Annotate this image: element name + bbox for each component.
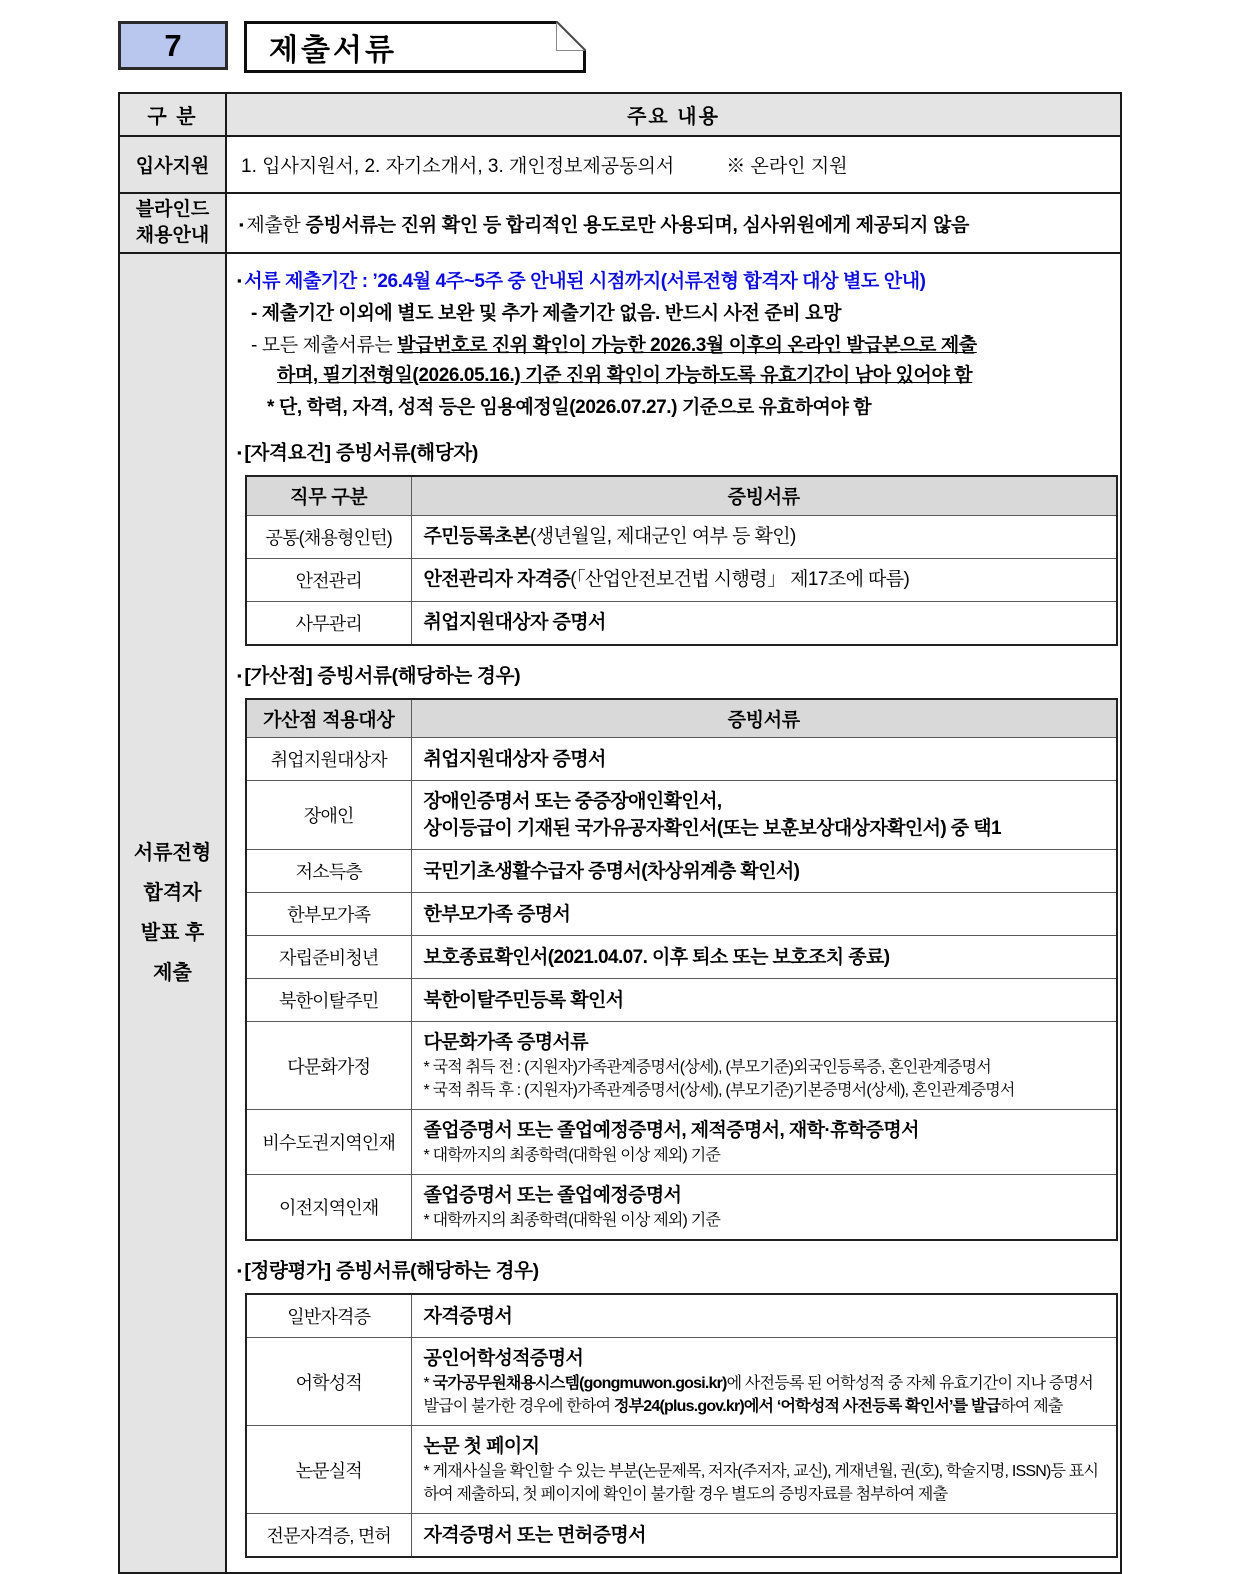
quant-title-text: [정량평가] 증빙서류(해당하는 경우) [244, 1260, 539, 1282]
section-number: 7 [164, 28, 181, 64]
doc-note-text: * 국적 취득 후 : (지원자)가족관계증명서(상세), (부모기준)기본증명… [424, 1079, 1111, 1102]
row-category: 일반자격증 [246, 1294, 411, 1338]
doc-main-text: 한부모가족 증명서 [424, 901, 1111, 928]
page-title-box: 제출서류 [244, 21, 586, 73]
section-number-badge: 7 [118, 21, 228, 70]
table-row: 자립준비청년 보호종료확인서(2021.04.07. 이후 퇴소 또는 보호조치… [246, 936, 1117, 979]
row-category: 안전관리 [246, 558, 411, 601]
doc-main-text: 취업지원대상자 증명서 [424, 746, 1111, 773]
row-doc: 국민기초생활수급자 증명서(차상위계층 확인서) [411, 850, 1117, 893]
doc-main-text: 졸업증명서 또는 졸업예정증명서 [424, 1182, 1111, 1209]
doc-main-text: 취업지원대상자 증명서 [424, 612, 606, 633]
row-doc: 안전관리자 자격증(「산업안전보건법 시행령」 제17조에 따름) [411, 558, 1117, 601]
row-category: 이전지역인재 [246, 1175, 411, 1241]
bonus-header-doc: 증빙서류 [411, 699, 1117, 738]
qual-title-text: [자격요건] 증빙서류(해당자) [244, 442, 478, 464]
table-row: 한부모가족 한부모가족 증명서 [246, 893, 1117, 936]
notice-block: ▪서류 제출기간 : ’26.4월 4주~5주 중 안내된 시점까지(서류전형 … [237, 266, 1106, 423]
row-category: 사무관리 [246, 601, 411, 645]
quant-table: 일반자격증 자격증명서 어학성적 공인어학성적증명서 * 국가공무원채용시스템(… [245, 1293, 1118, 1558]
notice-sub1: - 제출기간 이외에 별도 보완 및 추가 제출기간 없음. 반드시 사전 준비… [237, 299, 1106, 329]
doc-main-text: 주민등록초본 [424, 526, 531, 547]
doc-main-text: 자격증명서 [424, 1303, 1111, 1330]
row-doc: 논문 첫 페이지 * 게재사실을 확인할 수 있는 부분(논문제목, 저자(주저… [411, 1426, 1117, 1514]
table-row: 취업지원대상자 취업지원대상자 증명서 [246, 738, 1117, 781]
table-row: 논문실적 논문 첫 페이지 * 게재사실을 확인할 수 있는 부분(논문제목, … [246, 1426, 1117, 1514]
doc-rest-text: (「산업안전보건법 시행령」 제17조에 따름) [570, 569, 909, 590]
notice-sub2-prefix: - 모든 제출서류는 [251, 335, 397, 356]
doc-main-text: 졸업증명서 또는 졸업예정증명서, 제적증명서, 재학·휴학증명서 [424, 1117, 1111, 1144]
table-row: 장애인 장애인증명서 또는 중증장애인확인서, 상이등급이 기재된 국가유공자확… [246, 781, 1117, 850]
row-category: 저소득층 [246, 850, 411, 893]
blind-label-line1: 블라인드 [136, 199, 209, 220]
apply-doc-list: 1. 입사지원서, 2. 자기소개서, 3. 개인정보제공동의서 [241, 156, 674, 177]
header-category: 구 분 [119, 93, 226, 136]
blind-text-bold: 증빙서류는 진위 확인 등 합리적인 용도로만 사용되며, 심사위원에게 제공되… [305, 215, 969, 236]
bonus-table: 가산점 적용대상 증빙서류 취업지원대상자 취업지원대상자 증명서 장애인 장애… [245, 698, 1118, 1242]
doc-main-text: 장애인증명서 또는 중증장애인확인서, [424, 788, 1111, 815]
table-row: 북한이탈주민 북한이탈주민등록 확인서 [246, 979, 1117, 1022]
row-doc: 주민등록초본(생년월일, 제대군인 여부 등 확인) [411, 515, 1117, 558]
docs-label-line1: 서류전형 [134, 842, 211, 864]
bonus-header-cat: 가산점 적용대상 [246, 699, 411, 738]
notice-sub3: * 단, 학력, 자격, 성적 등은 임용예정일(2026.07.27.) 기준… [237, 393, 1106, 423]
row-category: 비수도권지역인재 [246, 1110, 411, 1175]
table-row: 사무관리 취업지원대상자 증명서 [246, 601, 1117, 645]
doc-rest-text: (생년월일, 제대군인 여부 등 확인) [530, 526, 796, 547]
row-category: 전문자격증, 면허 [246, 1514, 411, 1558]
notice-period: ▪서류 제출기간 : ’26.4월 4주~5주 중 안내된 시점까지(서류전형 … [237, 266, 1106, 297]
docs-label: 서류전형 합격자 발표 후 제출 [119, 253, 226, 1573]
table-row: 비수도권지역인재 졸업증명서 또는 졸업예정증명서, 제적증명서, 재학·휴학증… [246, 1110, 1117, 1175]
notice-period-text: 서류 제출기간 : ’26.4월 4주~5주 중 안내된 시점까지(서류전형 합… [244, 271, 925, 292]
notice-sub2: - 모든 제출서류는 발급번호로 진위 확인이 가능한 2026.3월 이후의 … [237, 331, 1106, 391]
table-row: 어학성적 공인어학성적증명서 * 국가공무원채용시스템(gongmuwon.go… [246, 1338, 1117, 1426]
row-doc: 다문화가족 증명서류 * 국적 취득 전 : (지원자)가족관계증명서(상세),… [411, 1022, 1117, 1110]
header-content: 주요 내용 [226, 93, 1121, 136]
doc-main-text: 공인어학성적증명서 [424, 1345, 1111, 1372]
row-doc: 한부모가족 증명서 [411, 893, 1117, 936]
row-doc: 공인어학성적증명서 * 국가공무원채용시스템(gongmuwon.gosi.kr… [411, 1338, 1117, 1426]
blind-label: 블라인드 채용안내 [119, 193, 226, 253]
doc-main-text: 다문화가족 증명서류 [424, 1029, 1111, 1056]
docs-label-line4: 제출 [153, 962, 192, 984]
docs-content-cell: ▪서류 제출기간 : ’26.4월 4주~5주 중 안내된 시점까지(서류전형 … [226, 253, 1121, 1573]
docs-row: 서류전형 합격자 발표 후 제출 ▪서류 제출기간 : ’26.4월 4주~5주… [119, 253, 1121, 1573]
doc-note-rich: * 국가공무원채용시스템(gongmuwon.gosi.kr)에 사전등록 된 … [424, 1372, 1111, 1418]
table-row: 다문화가정 다문화가족 증명서류 * 국적 취득 전 : (지원자)가족관계증명… [246, 1022, 1117, 1110]
page-header: 7 제출서류 [118, 21, 586, 73]
note-text-tail: 하여 제출 [1000, 1398, 1062, 1415]
doc-main-text: 안전관리자 자격증 [424, 569, 571, 590]
apply-label: 입사지원 [119, 136, 226, 193]
page-title: 제출서류 [269, 25, 397, 69]
doc-main-text2: 상이등급이 기재된 국가유공자확인서(또는 보훈보상대상자확인서) 중 택1 [424, 815, 1111, 842]
blind-row: 블라인드 채용안내 ▪제출한 증빙서류는 진위 확인 등 합리적인 용도로만 사… [119, 193, 1121, 253]
row-doc: 북한이탈주민등록 확인서 [411, 979, 1117, 1022]
row-doc: 취업지원대상자 증명서 [411, 738, 1117, 781]
note-star: * [424, 1375, 433, 1392]
row-doc: 취업지원대상자 증명서 [411, 601, 1117, 645]
notice-sub2-underline1: 발급번호로 진위 확인이 가능한 2026.3월 이후의 온라인 발급본으로 제… [397, 335, 977, 356]
docs-label-line3: 발표 후 [141, 922, 205, 944]
row-doc: 보호종료확인서(2021.04.07. 이후 퇴소 또는 보호조치 종료) [411, 936, 1117, 979]
row-category: 어학성적 [246, 1338, 411, 1426]
table-row: 일반자격증 자격증명서 [246, 1294, 1117, 1338]
row-category: 자립준비청년 [246, 936, 411, 979]
row-doc: 졸업증명서 또는 졸업예정증명서, 제적증명서, 재학·휴학증명서 * 대학까지… [411, 1110, 1117, 1175]
note-bold-system: 국가공무원채용시스템(gongmuwon.gosi.kr) [433, 1375, 727, 1392]
document-page: { "page": { "number": "7", "title": "제출서… [0, 0, 1240, 1574]
main-table-header-row: 구 분 주요 내용 [119, 93, 1121, 136]
blind-text-prefix: 제출한 [246, 215, 305, 236]
row-category: 한부모가족 [246, 893, 411, 936]
notice-sub2-underline2: 하며, 필기전형일(2026.05.16.) 기준 진위 확인이 가능하도록 유… [277, 361, 972, 391]
qual-header-cat: 직무 구분 [246, 476, 411, 515]
doc-main-text: 논문 첫 페이지 [424, 1433, 1111, 1460]
table-row: 안전관리 안전관리자 자격증(「산업안전보건법 시행령」 제17조에 따름) [246, 558, 1117, 601]
row-category: 논문실적 [246, 1426, 411, 1514]
apply-content-cell: 1. 입사지원서, 2. 자기소개서, 3. 개인정보제공동의서※ 온라인 지원 [226, 136, 1121, 193]
doc-note-text: * 대학까지의 최종학력(대학원 이상 제외) 기준 [424, 1209, 1111, 1232]
doc-note-text: * 대학까지의 최종학력(대학원 이상 제외) 기준 [424, 1144, 1111, 1167]
folded-corner-icon [556, 21, 586, 51]
bonus-header-row: 가산점 적용대상 증빙서류 [246, 699, 1117, 738]
qual-header-doc: 증빙서류 [411, 476, 1117, 515]
row-doc: 졸업증명서 또는 졸업예정증명서 * 대학까지의 최종학력(대학원 이상 제외)… [411, 1175, 1117, 1241]
row-category: 공통(채용형인턴) [246, 515, 411, 558]
doc-main-text: 자격증명서 또는 면허증명서 [424, 1522, 1111, 1549]
table-row: 이전지역인재 졸업증명서 또는 졸업예정증명서 * 대학까지의 최종학력(대학원… [246, 1175, 1117, 1241]
blind-label-line2: 채용안내 [136, 225, 209, 246]
apply-online-note: ※ 온라인 지원 [726, 156, 847, 177]
doc-main-text: 북한이탈주민등록 확인서 [424, 987, 1111, 1014]
row-category: 장애인 [246, 781, 411, 850]
doc-note-text: * 게재사실을 확인할 수 있는 부분(논문제목, 저자(주저자, 교신), 게… [424, 1460, 1111, 1506]
table-row: 전문자격증, 면허 자격증명서 또는 면허증명서 [246, 1514, 1117, 1558]
row-doc: 자격증명서 [411, 1294, 1117, 1338]
quant-section-title: ▪[정량평가] 증빙서류(해당하는 경우) [237, 1255, 1106, 1283]
doc-main-text: 보호종료확인서(2021.04.07. 이후 퇴소 또는 보호조치 종료) [424, 944, 1111, 971]
table-row: 공통(채용형인턴) 주민등록초본(생년월일, 제대군인 여부 등 확인) [246, 515, 1117, 558]
row-doc: 장애인증명서 또는 중증장애인확인서, 상이등급이 기재된 국가유공자확인서(또… [411, 781, 1117, 850]
qual-section-title: ▪[자격요건] 증빙서류(해당자) [237, 437, 1106, 465]
qual-header-row: 직무 구분 증빙서류 [246, 476, 1117, 515]
table-row: 저소득층 국민기초생활수급자 증명서(차상위계층 확인서) [246, 850, 1117, 893]
bonus-section-title: ▪[가산점] 증빙서류(해당하는 경우) [237, 660, 1106, 688]
blind-content-cell: ▪제출한 증빙서류는 진위 확인 등 합리적인 용도로만 사용되며, 심사위원에… [226, 193, 1121, 253]
row-category: 북한이탈주민 [246, 979, 411, 1022]
qual-table: 직무 구분 증빙서류 공통(채용형인턴) 주민등록초본(생년월일, 제대군인 여… [245, 475, 1118, 646]
row-doc: 자격증명서 또는 면허증명서 [411, 1514, 1117, 1558]
docs-label-line2: 합격자 [144, 882, 202, 904]
doc-note-text: * 국적 취득 전 : (지원자)가족관계증명서(상세), (부모기준)외국인등… [424, 1056, 1111, 1079]
note-bold-issue: ‘어학성적 사전등록 확인서’를 발급 [773, 1398, 1000, 1415]
row-category: 취업지원대상자 [246, 738, 411, 781]
apply-row: 입사지원 1. 입사지원서, 2. 자기소개서, 3. 개인정보제공동의서※ 온… [119, 136, 1121, 193]
row-category: 다문화가정 [246, 1022, 411, 1110]
note-bold-gov24: 정부24(plus.gov.kr)에서 [614, 1398, 773, 1415]
bonus-title-text: [가산점] 증빙서류(해당하는 경우) [244, 665, 520, 687]
doc-main-text: 국민기초생활수급자 증명서(차상위계층 확인서) [424, 858, 1111, 885]
main-table: 구 분 주요 내용 입사지원 1. 입사지원서, 2. 자기소개서, 3. 개인… [118, 92, 1122, 1574]
